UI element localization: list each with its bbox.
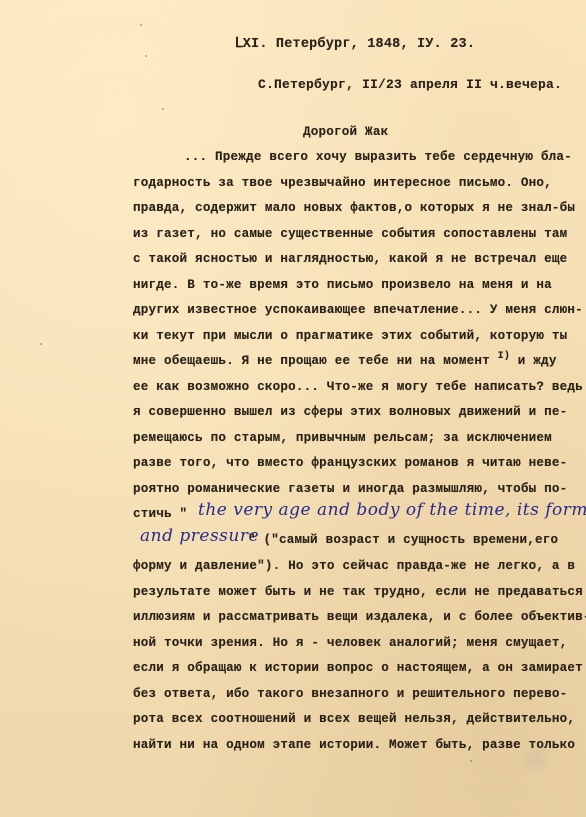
body-line: если я обращаю к истории вопрос о настоя… bbox=[133, 660, 583, 676]
body-line: ремещаюсь по старым, привычным рельсам; … bbox=[133, 430, 552, 446]
handwritten-insert-line-1: the very age and body of the time, its f… bbox=[198, 500, 586, 520]
salutation: Дорогой Жак bbox=[303, 124, 388, 140]
paper-speck bbox=[40, 343, 42, 345]
place-date-line: С.Петербург, II/23 апреля II ч.вечера. bbox=[258, 77, 562, 93]
body-line: ной точки зрения. Но я - человек аналоги… bbox=[133, 635, 567, 651]
body-line: с такой ясностью и наглядностью, какой я… bbox=[133, 251, 567, 267]
body-line: ... Прежде всего хочу выразить тебе серд… bbox=[184, 149, 572, 165]
body-line: стичь " bbox=[133, 506, 187, 522]
paper-speck bbox=[470, 760, 472, 762]
body-line: без ответа, ибо такого внезапного и реши… bbox=[133, 686, 567, 702]
body-line: результате может быть и не так трудно, е… bbox=[133, 584, 583, 600]
body-line: найти ни на одном этапе истории. Может б… bbox=[133, 737, 575, 753]
body-line: рота всех соотношений и всех вещей нельз… bbox=[133, 711, 575, 727]
body-line: годарность за твое чрезвычайно интересно… bbox=[133, 175, 552, 191]
body-line-with-footnote: мне обещаешь. Я не прощаю ее тебе ни на … bbox=[133, 353, 557, 371]
body-line: нигде. В то-же время это письмо произвел… bbox=[133, 277, 552, 293]
body-line-text: мне обещаешь. Я не прощаю ее тебе ни на … bbox=[133, 354, 490, 368]
letter-page: ⅬXI. Петербург, 1848, IУ. 23. С.Петербур… bbox=[0, 0, 586, 817]
body-line: из газет, но самые существенные события … bbox=[133, 226, 567, 242]
body-line: других известное успокаивающее впечатлен… bbox=[133, 302, 583, 318]
body-line: я совершенно вышел из сферы этих волновы… bbox=[133, 404, 567, 420]
letter-number-line: ⅬXI. Петербург, 1848, IУ. 23. bbox=[235, 37, 475, 53]
footnote-marker: I) bbox=[498, 351, 510, 362]
paper-speck bbox=[162, 108, 164, 110]
body-line: " ("самый возраст и сущность времени,его bbox=[248, 532, 558, 548]
body-line-continuation: и жду bbox=[510, 354, 557, 368]
body-line: ее как возможно скоро... Что-же я могу т… bbox=[133, 379, 583, 395]
body-line: роятно романические газеты и иногда разм… bbox=[133, 481, 567, 497]
handwritten-insert-line-2: and pressure bbox=[140, 526, 259, 546]
paper-speck bbox=[140, 24, 142, 26]
body-line: иллюзиям и рассматривать вещи издалека, … bbox=[133, 609, 586, 625]
paper-speck bbox=[145, 55, 147, 57]
body-line: форму и давление"). Но это сейчас правда… bbox=[133, 558, 575, 574]
body-line: правда, содержит мало новых фактов,о кот… bbox=[133, 200, 575, 216]
body-line: ки текут при мысли о прагматике этих соб… bbox=[133, 328, 567, 344]
body-line: разве того, что вместо французских роман… bbox=[133, 455, 567, 471]
